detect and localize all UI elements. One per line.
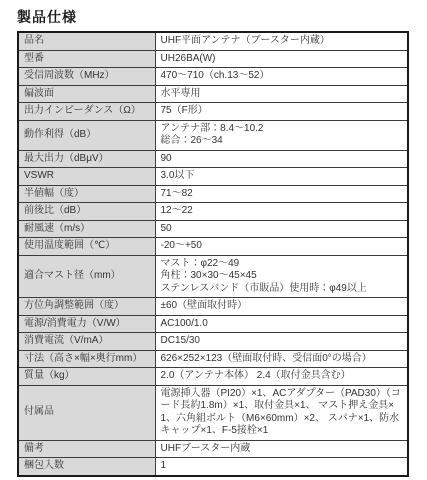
table-row: 動作利得（dB） アンテナ部：8.4～10.2 総合：26～34 — [18, 120, 408, 150]
table-row: 備考 UHFブースター内蔵 — [18, 440, 408, 458]
table-row: 最大出力（dBμV） 90 — [18, 150, 408, 168]
spec-value: 電源挿入器（PI20）×1、ACアダプター（PAD30）（コード長約1.8m）×… — [155, 385, 408, 440]
table-row: 電源/消費電力（V/W） AC100/1.0 — [18, 315, 408, 333]
spec-label: 出力インピーダンス（Ω） — [18, 103, 155, 121]
spec-label: 使用温度範囲（℃） — [18, 238, 155, 256]
table-row: 偏波面 水平専用 — [18, 85, 408, 103]
table-row: 質量（kg） 2.0（アンテナ本体） 2.4（取付金具含む） — [18, 368, 408, 386]
table-row: 梱包入数 1 — [18, 458, 408, 476]
table-row: 適合マスト径（mm） マスト：φ22～49 角柱：30×30～45×45 ステン… — [18, 255, 408, 298]
spec-label: 備考 — [18, 440, 155, 458]
spec-value: UHFブースター内蔵 — [155, 440, 408, 458]
spec-value: AC100/1.0 — [155, 315, 408, 333]
spec-value: アンテナ部：8.4～10.2 総合：26～34 — [155, 120, 408, 150]
spec-label: 適合マスト径（mm） — [18, 255, 155, 298]
spec-label: 受信周波数（MHz） — [18, 68, 155, 86]
table-row: 品名 UHF平面アンテナ（ブースター内蔵） — [18, 32, 408, 50]
spec-value: 626×252×123（壁面取付時、受信面0°の場合） — [155, 350, 408, 368]
spec-label: 偏波面 — [18, 85, 155, 103]
spec-value: 470～710（ch.13～52） — [155, 68, 408, 86]
spec-table-body: 品名 UHF平面アンテナ（ブースター内蔵） 型番 UH26BA(W) 受信周波数… — [18, 32, 408, 476]
spec-value: 90 — [155, 150, 408, 168]
table-row: 使用温度範囲（℃） -20～+50 — [18, 238, 408, 256]
spec-value: 50 — [155, 220, 408, 238]
spec-label: 前後比（dB） — [18, 203, 155, 221]
spec-value: 71～82 — [155, 185, 408, 203]
spec-label: 電源/消費電力（V/W） — [18, 315, 155, 333]
spec-label: 動作利得（dB） — [18, 120, 155, 150]
spec-label: 梱包入数 — [18, 458, 155, 476]
spec-table: 品名 UHF平面アンテナ（ブースター内蔵） 型番 UH26BA(W) 受信周波数… — [17, 31, 409, 477]
spec-label: VSWR — [18, 168, 155, 186]
spec-label: 半値幅（度） — [18, 185, 155, 203]
spec-label: 最大出力（dBμV） — [18, 150, 155, 168]
spec-label: 方位角調整範囲（度） — [18, 298, 155, 316]
spec-value: DC15/30 — [155, 333, 408, 351]
spec-value: -20～+50 — [155, 238, 408, 256]
table-row: 付属品 電源挿入器（PI20）×1、ACアダプター（PAD30）（コード長約1.… — [18, 385, 408, 440]
table-row: 方位角調整範囲（度） ±60（壁面取付時） — [18, 298, 408, 316]
spec-label: 品名 — [18, 32, 155, 50]
spec-value: 12～22 — [155, 203, 408, 221]
table-row: 出力インピーダンス（Ω） 75（F形） — [18, 103, 408, 121]
table-row: 耐風速（m/s） 50 — [18, 220, 408, 238]
spec-label: 付属品 — [18, 385, 155, 440]
spec-value: 2.0（アンテナ本体） 2.4（取付金具含む） — [155, 368, 408, 386]
spec-value: 水平専用 — [155, 85, 408, 103]
spec-value: UH26BA(W) — [155, 50, 408, 68]
table-row: 前後比（dB） 12～22 — [18, 203, 408, 221]
spec-value: 3.0以下 — [155, 168, 408, 186]
spec-value: 1 — [155, 458, 408, 476]
spec-label: 耐風速（m/s） — [18, 220, 155, 238]
page-title: 製品仕様 — [17, 8, 410, 26]
table-row: 受信周波数（MHz） 470～710（ch.13～52） — [18, 68, 408, 86]
spec-value: ±60（壁面取付時） — [155, 298, 408, 316]
spec-value: UHF平面アンテナ（ブースター内蔵） — [155, 32, 408, 50]
spec-label: 消費電流（V/mA） — [18, 333, 155, 351]
table-row: 半値幅（度） 71～82 — [18, 185, 408, 203]
spec-value: マスト：φ22～49 角柱：30×30～45×45 ステンレスバンド（市販品）使… — [155, 255, 408, 298]
spec-label: 型番 — [18, 50, 155, 68]
table-row: 消費電流（V/mA） DC15/30 — [18, 333, 408, 351]
spec-label: 寸法（高さ×幅×奥行mm） — [18, 350, 155, 368]
table-row: VSWR 3.0以下 — [18, 168, 408, 186]
spec-value: 75（F形） — [155, 103, 408, 121]
table-row: 寸法（高さ×幅×奥行mm） 626×252×123（壁面取付時、受信面0°の場合… — [18, 350, 408, 368]
table-row: 型番 UH26BA(W) — [18, 50, 408, 68]
spec-label: 質量（kg） — [18, 368, 155, 386]
spec-page: 製品仕様 品名 UHF平面アンテナ（ブースター内蔵） 型番 UH26BA(W) … — [0, 0, 427, 477]
